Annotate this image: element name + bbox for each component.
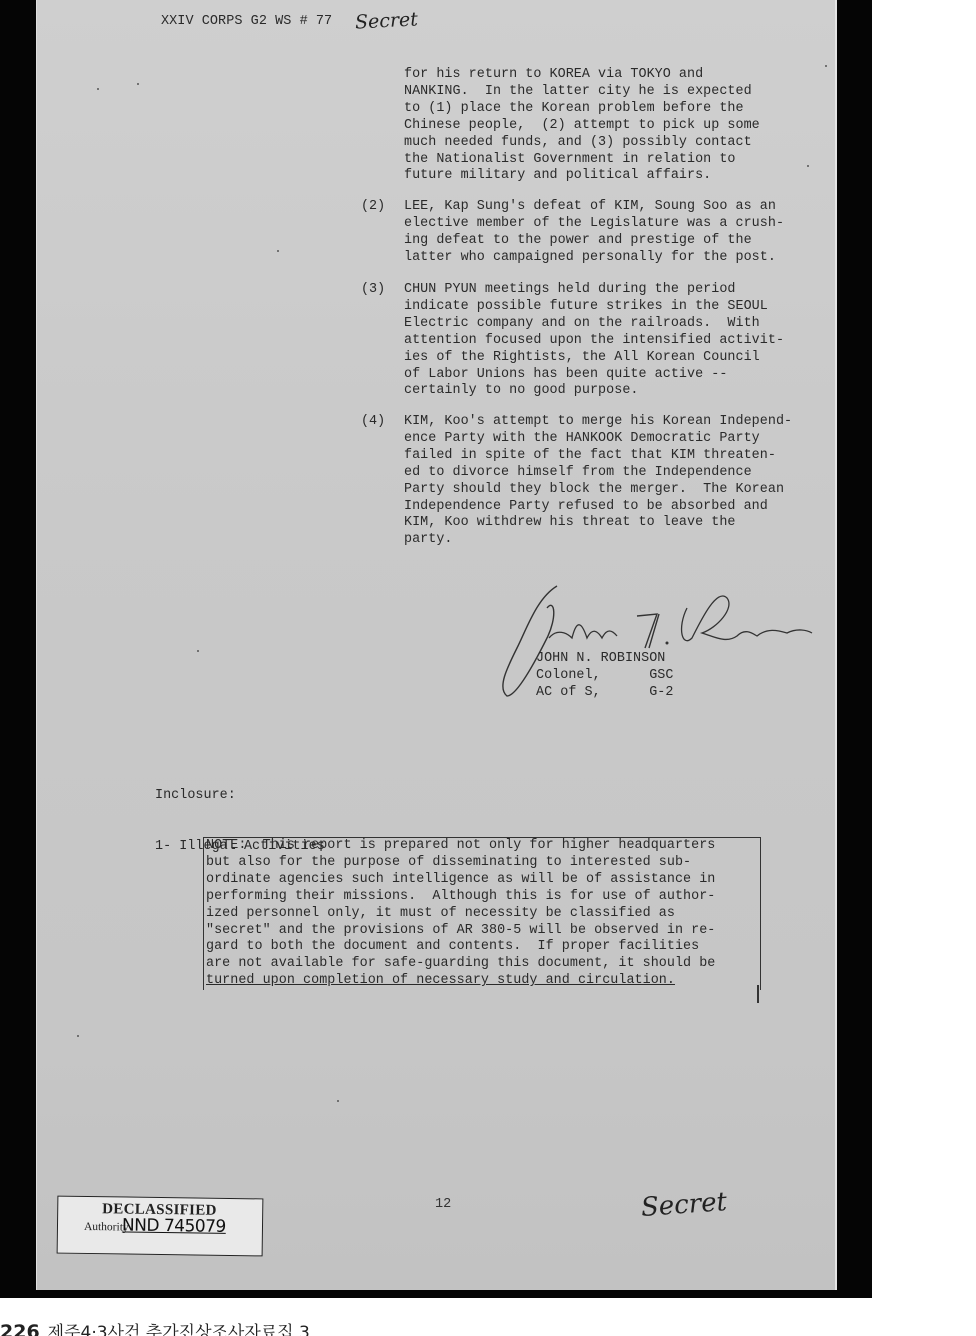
item-paragraph: KIM, Koo's attempt to merge his Korean I… <box>404 414 792 549</box>
book-page-number: 226 <box>0 1321 40 1336</box>
header-secret-handwritten: Secret <box>354 8 418 33</box>
item-paragraph: CHUN PYUN meetings held during the perio… <box>404 282 784 400</box>
page-number: 12 <box>435 1197 451 1212</box>
inclosure-label: Inclosure: <box>155 788 325 805</box>
item-number: (2) <box>361 199 385 214</box>
note-last-line: turned upon completion of necessary stud… <box>206 973 762 990</box>
document-header: XXIV CORPS G2 WS # 77 <box>161 14 332 31</box>
item-number: (4) <box>361 414 385 429</box>
note-text: NOTE: This report is prepared not only f… <box>206 838 762 973</box>
continued-paragraph: for his return to KOREA via TOKYO and NA… <box>404 67 760 185</box>
book-footer: 226제주4·3사건 추가진상조사자료집 3 <box>0 1318 310 1336</box>
note-box: NOTE: This report is prepared not only f… <box>203 837 761 990</box>
item-number: (3) <box>361 282 385 297</box>
stamp-authority-value: NND 745079 <box>122 1215 226 1236</box>
footer-secret-handwritten: Secret <box>640 1187 728 1223</box>
item-paragraph: LEE, Kap Sung's defeat of KIM, Soung Soo… <box>404 199 784 267</box>
book-title: 제주4·3사건 추가진상조사자료집 3 <box>48 1323 310 1336</box>
signature-block: JOHN N. ROBINSON Colonel, GSC AC of S, G… <box>536 651 673 702</box>
document-page: XXIV CORPS G2 WS # 77 Secret for his ret… <box>36 0 837 1290</box>
declassified-stamp: DECLASSIFIED Authority NND 745079 <box>57 1196 264 1257</box>
note-box-tail <box>757 985 759 1003</box>
